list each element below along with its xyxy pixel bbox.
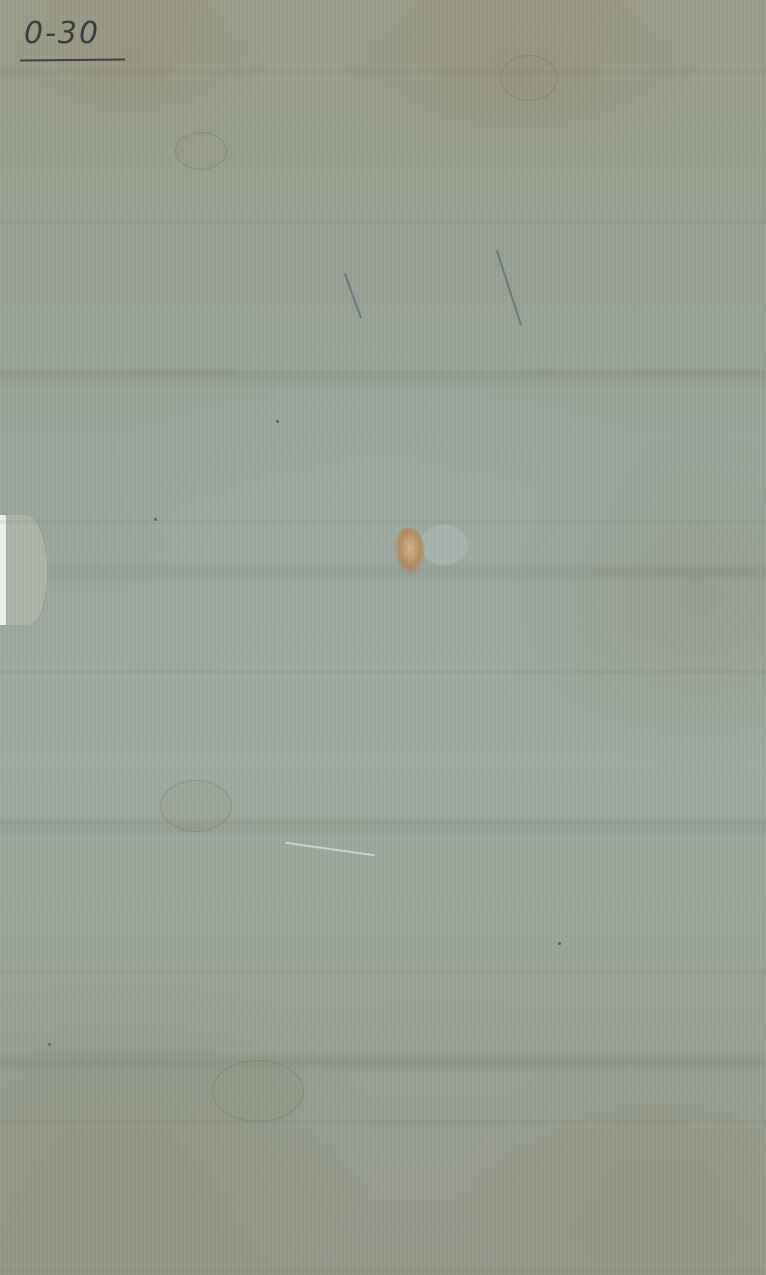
speck bbox=[154, 518, 157, 521]
handwritten-annotation: 0-30 bbox=[24, 16, 100, 51]
paper-tear bbox=[395, 528, 425, 574]
speck bbox=[48, 1043, 51, 1046]
annotation-underline bbox=[20, 58, 125, 61]
pen-mark bbox=[496, 250, 523, 327]
fold-crease bbox=[0, 560, 766, 584]
paper-scratch bbox=[285, 842, 374, 857]
speck bbox=[276, 420, 279, 423]
scanned-page: 0-30 bbox=[0, 0, 766, 1275]
speck bbox=[558, 942, 561, 945]
fold-crease bbox=[0, 815, 766, 839]
fold-crease bbox=[0, 1050, 766, 1074]
water-stain bbox=[212, 1060, 304, 1122]
paper-patch bbox=[0, 515, 47, 625]
tear-halo bbox=[420, 525, 468, 565]
fold-crease bbox=[0, 365, 766, 389]
pen-mark bbox=[344, 273, 362, 319]
water-stain bbox=[500, 55, 558, 101]
water-stain bbox=[160, 780, 232, 832]
water-stain bbox=[175, 132, 227, 170]
